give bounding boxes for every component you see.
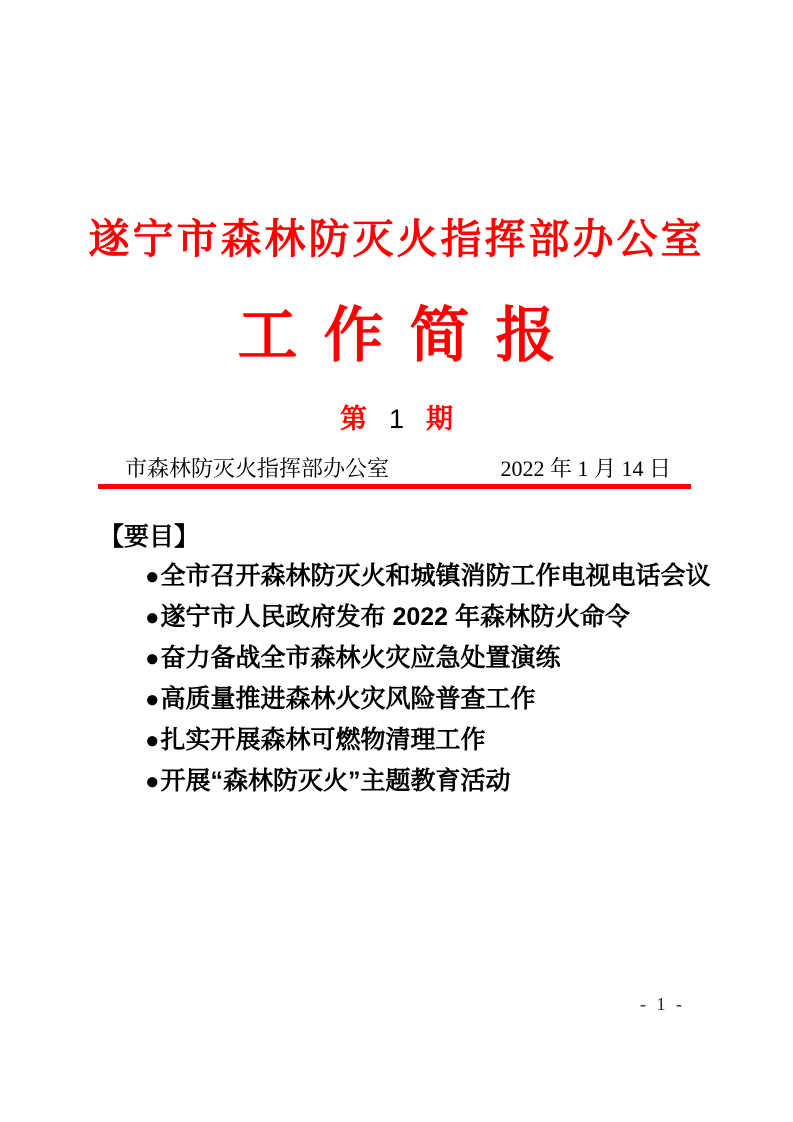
org-title: 遂宁市森林防灭火指挥部办公室 xyxy=(0,206,793,265)
toc-item: ●全市召开森林防灭火和城镇消防工作电视电话会议 xyxy=(145,556,711,597)
publish-date: 2022 年 1 月 14 日 xyxy=(500,452,671,483)
doc-title: 工作简报 xyxy=(0,288,793,374)
toc-item-label: 扎实开展森林可燃物清理工作 xyxy=(161,726,486,754)
toc-heading: 【要目】 xyxy=(99,517,199,553)
issue-line: 第1期 xyxy=(0,397,793,436)
masthead-row: 市森林防灭火指挥部办公室 2022 年 1 月 14 日 xyxy=(98,452,693,483)
publisher-name: 市森林防灭火指挥部办公室 xyxy=(125,452,389,483)
toc-item-label: 全市召开森林防灭火和城镇消防工作电视电话会议 xyxy=(161,562,711,590)
bullet-icon: ● xyxy=(145,563,160,590)
toc-item: ●奋力备战全市森林火灾应急处置演练 xyxy=(145,638,711,679)
toc-item: ●扎实开展森林可燃物清理工作 xyxy=(145,720,711,761)
bullet-icon: ● xyxy=(145,604,160,631)
document-page: 遂宁市森林防灭火指挥部办公室 工作简报 第1期 市森林防灭火指挥部办公室 202… xyxy=(0,0,793,1122)
bullet-icon: ● xyxy=(145,727,160,754)
toc-item-label: 开展“森林防灭火”主题教育活动 xyxy=(161,767,511,795)
toc-item: ●遂宁市人民政府发布 2022 年森林防火命令 xyxy=(145,597,711,638)
toc-item-label: 高质量推进森林火灾风险普查工作 xyxy=(161,685,536,713)
toc-item-label: 奋力备战全市森林火灾应急处置演练 xyxy=(161,644,561,672)
toc-list: ●全市召开森林防灭火和城镇消防工作电视电话会议 ●遂宁市人民政府发布 2022 … xyxy=(145,556,711,802)
issue-number: 1 xyxy=(389,404,404,434)
issue-suffix: 期 xyxy=(426,404,453,434)
toc-item-label: 遂宁市人民政府发布 2022 年森林防火命令 xyxy=(161,603,631,631)
toc-item: ●开展“森林防灭火”主题教育活动 xyxy=(145,761,711,802)
page-number: - 1 - xyxy=(640,994,685,1015)
toc-item: ●高质量推进森林火灾风险普查工作 xyxy=(145,679,711,720)
bullet-icon: ● xyxy=(145,645,160,672)
divider-rule xyxy=(98,484,691,489)
bullet-icon: ● xyxy=(145,686,160,713)
bullet-icon: ● xyxy=(145,768,160,795)
issue-prefix: 第 xyxy=(340,404,367,434)
